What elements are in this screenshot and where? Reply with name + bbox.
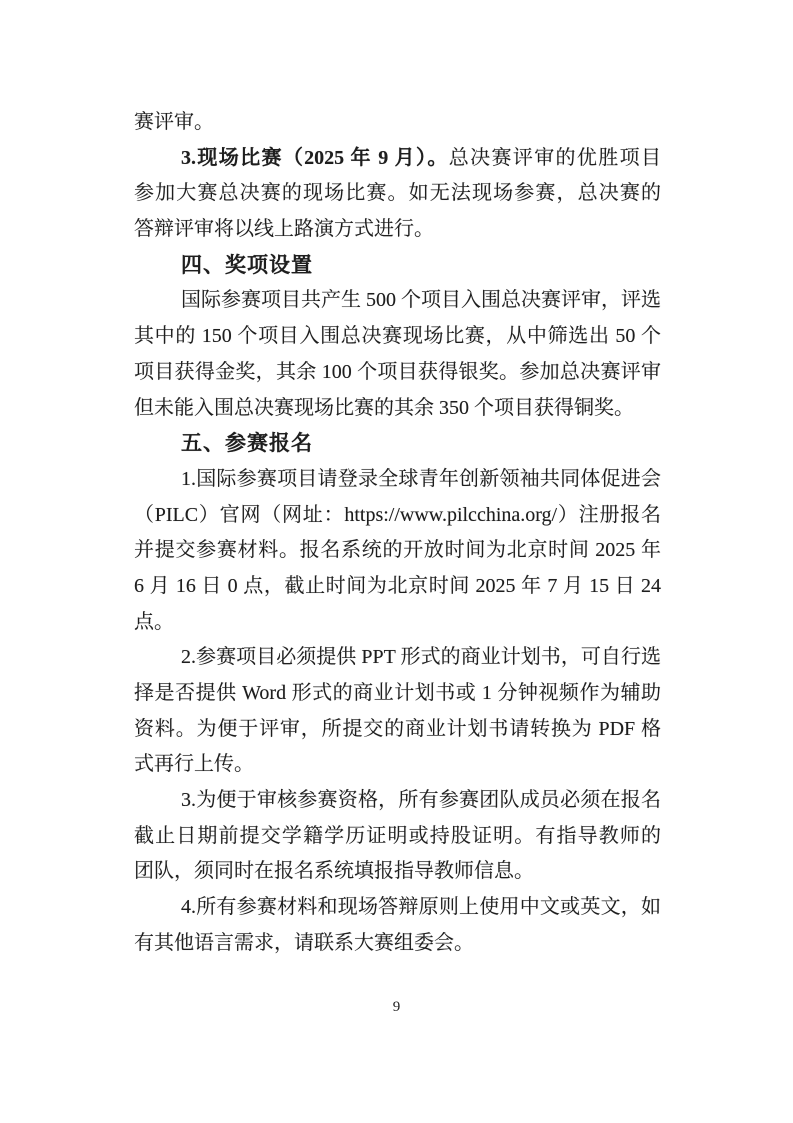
text-run: 答辩评审将以线上路演方式进行。 bbox=[134, 218, 434, 240]
text-run: （PILC）官网（网址：https://www.pilcchina.org/）注… bbox=[134, 504, 661, 526]
text-run: 式再行上传。 bbox=[134, 753, 254, 775]
text-line: 赛评审。 bbox=[134, 105, 661, 141]
section-heading: 四、奖项设置 bbox=[134, 248, 661, 284]
text-run: 团队，须同时在报名系统填报指导教师信息。 bbox=[134, 860, 534, 882]
page-number: 9 bbox=[393, 999, 401, 1016]
text-line: 3.为便于审核参赛资格，所有参赛团队成员必须在报名 bbox=[134, 783, 661, 819]
page-footer: 9 bbox=[0, 998, 793, 1016]
text-run: 赛评审。 bbox=[134, 111, 214, 133]
text-run: 参加大赛总决赛的现场比赛。如无法现场参赛，总决赛的 bbox=[134, 182, 661, 204]
text-line: 1.国际参赛项目请登录全球青年创新领袖共同体促进会 bbox=[134, 462, 661, 498]
bold-text-run: 3.现场比赛（2025 年 9 月）。 bbox=[181, 147, 449, 169]
text-run: 总决赛评审的优胜项目 bbox=[449, 147, 661, 169]
text-line: 4.所有参赛材料和现场答辩原则上使用中文或英文，如 bbox=[134, 890, 661, 926]
text-run: 6 月 16 日 0 点，截止时间为北京时间 2025 年 7 月 15 日 2… bbox=[134, 575, 661, 597]
text-line: 其中的 150 个项目入围总决赛现场比赛，从中筛选出 50 个 bbox=[134, 319, 661, 355]
text-line: （PILC）官网（网址：https://www.pilcchina.org/）注… bbox=[134, 498, 661, 534]
text-run: 2.参赛项目必须提供 PPT 形式的商业计划书，可自行选 bbox=[181, 646, 661, 668]
text-run: 但未能入围总决赛现场比赛的其余 350 个项目获得铜奖。 bbox=[134, 397, 634, 419]
text-run: 有其他语言需求，请联系大赛组委会。 bbox=[134, 932, 474, 954]
text-run: 项目获得金奖，其余 100 个项目获得银奖。参加总决赛评审 bbox=[134, 361, 661, 383]
text-line: 答辩评审将以线上路演方式进行。 bbox=[134, 212, 661, 248]
text-line: 2.参赛项目必须提供 PPT 形式的商业计划书，可自行选 bbox=[134, 640, 661, 676]
text-run: 1.国际参赛项目请登录全球青年创新领袖共同体促进会 bbox=[181, 468, 661, 490]
text-line: 国际参赛项目共产生 500 个项目入围总决赛评审，评选 bbox=[134, 283, 661, 319]
text-line: 但未能入围总决赛现场比赛的其余 350 个项目获得铜奖。 bbox=[134, 391, 661, 427]
document-page: 赛评审。3.现场比赛（2025 年 9 月）。总决赛评审的优胜项目参加大赛总决赛… bbox=[0, 0, 793, 1123]
text-line: 点。 bbox=[134, 605, 661, 641]
bold-text-run: 四、奖项设置 bbox=[181, 254, 313, 277]
text-line: 有其他语言需求，请联系大赛组委会。 bbox=[134, 926, 661, 962]
text-line: 6 月 16 日 0 点，截止时间为北京时间 2025 年 7 月 15 日 2… bbox=[134, 569, 661, 605]
text-run: 并提交参赛材料。报名系统的开放时间为北京时间 2025 年 bbox=[134, 539, 661, 561]
text-run: 国际参赛项目共产生 500 个项目入围总决赛评审，评选 bbox=[181, 289, 661, 311]
text-run: 其中的 150 个项目入围总决赛现场比赛，从中筛选出 50 个 bbox=[134, 325, 661, 347]
text-run: 截止日期前提交学籍学历证明或持股证明。有指导教师的 bbox=[134, 825, 661, 847]
text-line: 资料。为便于评审，所提交的商业计划书请转换为 PDF 格 bbox=[134, 712, 661, 748]
text-line: 参加大赛总决赛的现场比赛。如无法现场参赛，总决赛的 bbox=[134, 176, 661, 212]
text-run: 点。 bbox=[134, 611, 174, 633]
text-line: 并提交参赛材料。报名系统的开放时间为北京时间 2025 年 bbox=[134, 533, 661, 569]
text-line: 截止日期前提交学籍学历证明或持股证明。有指导教师的 bbox=[134, 819, 661, 855]
text-line: 3.现场比赛（2025 年 9 月）。总决赛评审的优胜项目 bbox=[134, 141, 661, 177]
text-line: 项目获得金奖，其余 100 个项目获得银奖。参加总决赛评审 bbox=[134, 355, 661, 391]
section-heading: 五、参赛报名 bbox=[134, 426, 661, 462]
text-run: 4.所有参赛材料和现场答辩原则上使用中文或英文，如 bbox=[181, 896, 661, 918]
text-line: 择是否提供 Word 形式的商业计划书或 1 分钟视频作为辅助 bbox=[134, 676, 661, 712]
text-run: 3.为便于审核参赛资格，所有参赛团队成员必须在报名 bbox=[181, 789, 661, 811]
text-run: 择是否提供 Word 形式的商业计划书或 1 分钟视频作为辅助 bbox=[134, 682, 661, 704]
text-line: 式再行上传。 bbox=[134, 747, 661, 783]
bold-text-run: 五、参赛报名 bbox=[181, 432, 313, 455]
text-line: 团队，须同时在报名系统填报指导教师信息。 bbox=[134, 854, 661, 890]
text-block: 赛评审。3.现场比赛（2025 年 9 月）。总决赛评审的优胜项目参加大赛总决赛… bbox=[134, 105, 661, 962]
text-run: 资料。为便于评审，所提交的商业计划书请转换为 PDF 格 bbox=[134, 718, 661, 740]
